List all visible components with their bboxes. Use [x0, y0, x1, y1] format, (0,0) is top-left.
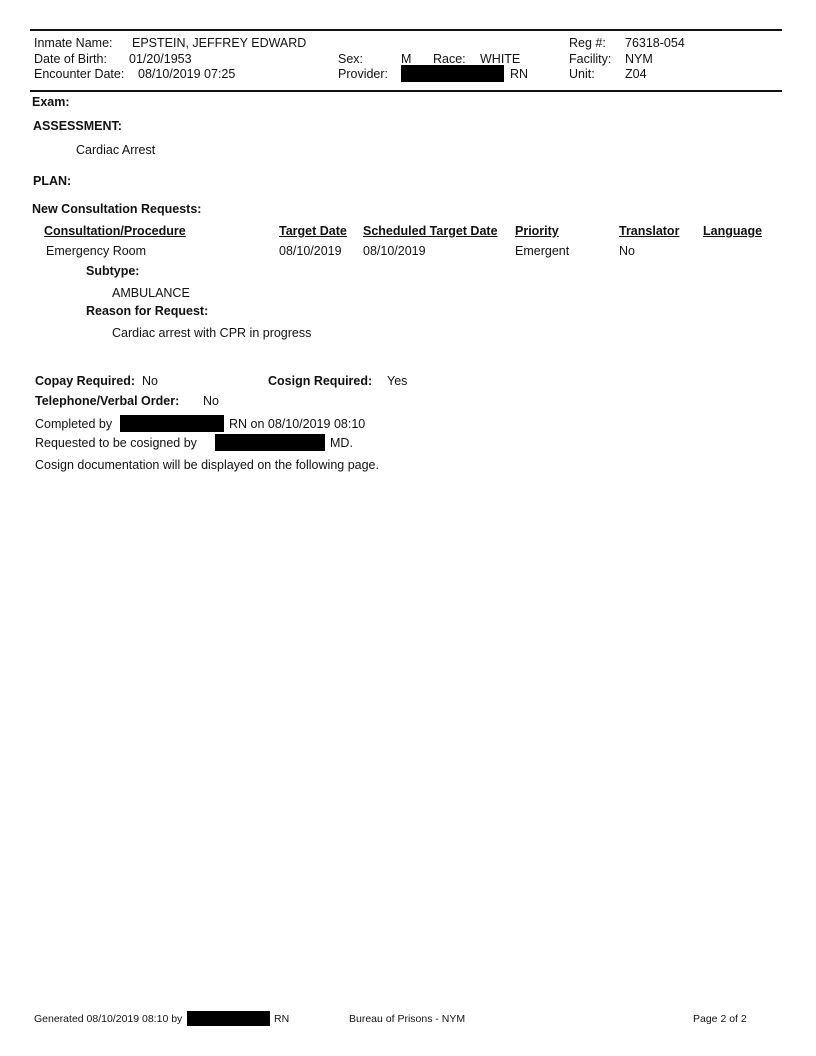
generated-suffix: RN — [274, 1011, 289, 1027]
provider-label: Provider: — [338, 66, 388, 82]
procedure-cell: Emergency Room — [46, 243, 146, 259]
plan-heading: PLAN: — [33, 173, 71, 189]
exam-heading: Exam: — [32, 94, 70, 110]
header-bottom-rule — [30, 90, 782, 92]
telephone-order-label: Telephone/Verbal Order: — [35, 393, 179, 409]
cosign-note: Cosign documentation will be displayed o… — [35, 457, 379, 473]
generated-by-redaction — [187, 1011, 270, 1026]
requested-cosign-suffix: MD. — [330, 435, 353, 451]
column-header-procedure: Consultation/Procedure — [44, 223, 186, 239]
completed-by-suffix: RN on 08/10/2019 08:10 — [229, 416, 365, 432]
dob-value: 01/20/1953 — [129, 51, 192, 67]
sex-label: Sex: — [338, 51, 363, 67]
assessment-value: Cardiac Arrest — [76, 142, 155, 158]
facility-value: NYM — [625, 51, 653, 67]
inmate-name-label: Inmate Name: — [34, 35, 113, 51]
requested-cosign-redaction — [215, 434, 325, 451]
generated-prefix: Generated 08/10/2019 08:10 by — [34, 1011, 182, 1027]
column-header-language: Language — [703, 223, 762, 239]
reg-label: Reg #: — [569, 35, 606, 51]
provider-redaction — [401, 65, 504, 82]
assessment-heading: ASSESSMENT: — [33, 118, 122, 134]
provider-title: RN — [510, 66, 528, 82]
subtype-label: Subtype: — [86, 263, 139, 279]
facility-label: Facility: — [569, 51, 611, 67]
column-header-target-date: Target Date — [279, 223, 347, 239]
translator-cell: No — [619, 243, 635, 259]
unit-value: Z04 — [625, 66, 647, 82]
cosign-value: Yes — [387, 373, 407, 389]
telephone-order-value: No — [203, 393, 219, 409]
cosign-label: Cosign Required: — [268, 373, 372, 389]
dob-label: Date of Birth: — [34, 51, 107, 67]
column-header-scheduled-target-date: Scheduled Target Date — [363, 223, 498, 239]
reg-value: 76318-054 — [625, 35, 685, 51]
scheduled-target-date-cell: 08/10/2019 — [363, 243, 426, 259]
page-number: Page 2 of 2 — [693, 1011, 747, 1027]
consultation-requests-heading: New Consultation Requests: — [32, 201, 201, 217]
copay-value: No — [142, 373, 158, 389]
encounter-date-label: Encounter Date: — [34, 66, 124, 82]
subtype-value: AMBULANCE — [112, 285, 190, 301]
organization-name: Bureau of Prisons - NYM — [349, 1011, 465, 1027]
completed-by-redaction — [120, 415, 224, 432]
header-top-rule — [30, 29, 782, 31]
unit-label: Unit: — [569, 66, 595, 82]
column-header-translator: Translator — [619, 223, 679, 239]
requested-cosign-prefix: Requested to be cosigned by — [35, 435, 197, 451]
inmate-name: EPSTEIN, JEFFREY EDWARD — [132, 35, 306, 51]
column-header-priority: Priority — [515, 223, 559, 239]
reason-value: Cardiac arrest with CPR in progress — [112, 325, 311, 341]
completed-by-prefix: Completed by — [35, 416, 112, 432]
target-date-cell: 08/10/2019 — [279, 243, 342, 259]
copay-label: Copay Required: — [35, 373, 135, 389]
reason-label: Reason for Request: — [86, 303, 208, 319]
encounter-date-value: 08/10/2019 07:25 — [138, 66, 235, 82]
priority-cell: Emergent — [515, 243, 569, 259]
